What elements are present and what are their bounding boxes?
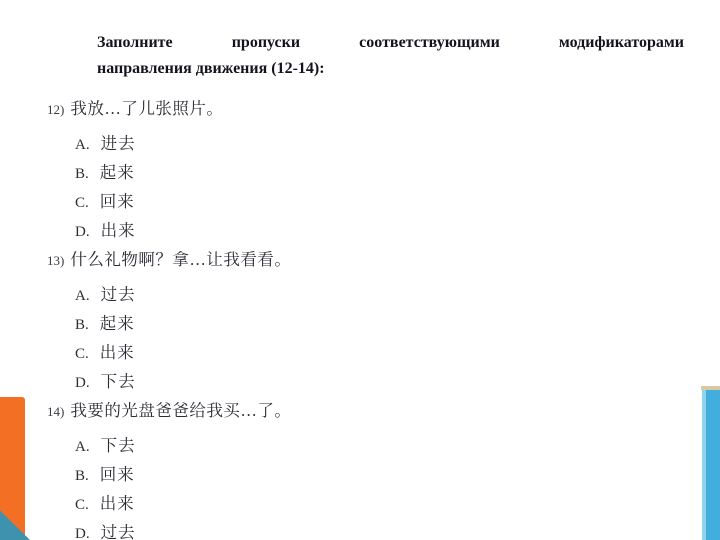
option-14-b: B. 回来 [0, 460, 700, 489]
option-text: 下去 [101, 436, 136, 455]
option-text: 出来 [101, 221, 136, 240]
question-14: 14) 我要的光盘爸爸给我买…了。 A. 下去 B. 回来 C. 出来 D. [0, 396, 700, 540]
instruction-word: Заполните [97, 30, 173, 56]
instruction-word: пропуски [232, 30, 300, 56]
blue-accent-strip [706, 390, 720, 540]
option-text: 起来 [100, 314, 135, 333]
instruction-line-2: направления движения (12-14): [97, 56, 684, 82]
option-text: 过去 [101, 523, 136, 540]
option-letter: A. [75, 137, 90, 153]
option-13-b: B. 起来 [0, 309, 700, 338]
exercise-instruction: Заполните пропуски соответствующими моди… [97, 30, 684, 82]
option-14-a: A. 下去 [0, 431, 700, 460]
option-text: 回来 [100, 465, 135, 484]
instruction-word: соответствующими [359, 30, 500, 56]
option-letter: B. [75, 317, 89, 333]
option-letter: C. [75, 346, 89, 362]
options-list: A. 下去 B. 回来 C. 出来 D. 过去 [0, 431, 700, 540]
question-number: 14) [47, 404, 64, 419]
option-letter: D. [75, 375, 90, 391]
option-text: 过去 [101, 285, 136, 304]
option-12-b: B. 起来 [0, 158, 700, 187]
options-list: A. 进去 B. 起来 C. 回来 D. 出来 [0, 129, 700, 245]
questions-list: 12) 我放…了儿张照片。 A. 进去 B. 起来 C. 回来 D. [0, 94, 700, 540]
option-13-c: C. 出来 [0, 338, 700, 367]
option-13-a: A. 过去 [0, 280, 700, 309]
instruction-word: модификаторами [559, 30, 684, 56]
question-number: 12) [47, 102, 64, 117]
option-text: 进去 [101, 134, 136, 153]
option-text: 回来 [100, 192, 135, 211]
option-12-d: D. 出来 [0, 216, 700, 245]
question-text: 我要的光盘爸爸给我买…了。 [70, 401, 291, 420]
question-12: 12) 我放…了儿张照片。 A. 进去 B. 起来 C. 回来 D. [0, 94, 700, 245]
option-letter: C. [75, 497, 89, 513]
option-12-c: C. 回来 [0, 187, 700, 216]
option-text: 出来 [100, 494, 135, 513]
option-text: 起来 [100, 163, 135, 182]
question-text-line: 14) 我要的光盘爸爸给我买…了。 [0, 396, 700, 425]
option-text: 出来 [100, 343, 135, 362]
question-number: 13) [47, 253, 64, 268]
option-text: 下去 [101, 372, 136, 391]
options-list: A. 过去 B. 起来 C. 出来 D. 下去 [0, 280, 700, 396]
question-text: 什么礼物啊？拿…让我看看。 [70, 250, 291, 269]
option-letter: A. [75, 439, 90, 455]
option-letter: D. [75, 224, 90, 240]
option-letter: B. [75, 468, 89, 484]
question-text-line: 13) 什么礼物啊？拿…让我看看。 [0, 245, 700, 274]
question-13: 13) 什么礼物啊？拿…让我看看。 A. 过去 B. 起来 C. 出来 D. [0, 245, 700, 396]
question-text-line: 12) 我放…了儿张照片。 [0, 94, 700, 123]
option-letter: B. [75, 166, 89, 182]
option-letter: D. [75, 526, 90, 540]
option-12-a: A. 进去 [0, 129, 700, 158]
option-letter: A. [75, 288, 90, 304]
option-letter: C. [75, 195, 89, 211]
option-14-c: C. 出来 [0, 489, 700, 518]
slide: Заполните пропуски соответствующими моди… [0, 0, 720, 540]
question-text: 我放…了儿张照片。 [70, 99, 223, 118]
option-14-d: D. 过去 [0, 518, 700, 540]
instruction-line-1: Заполните пропуски соответствующими моди… [97, 30, 684, 56]
option-13-d: D. 下去 [0, 367, 700, 396]
